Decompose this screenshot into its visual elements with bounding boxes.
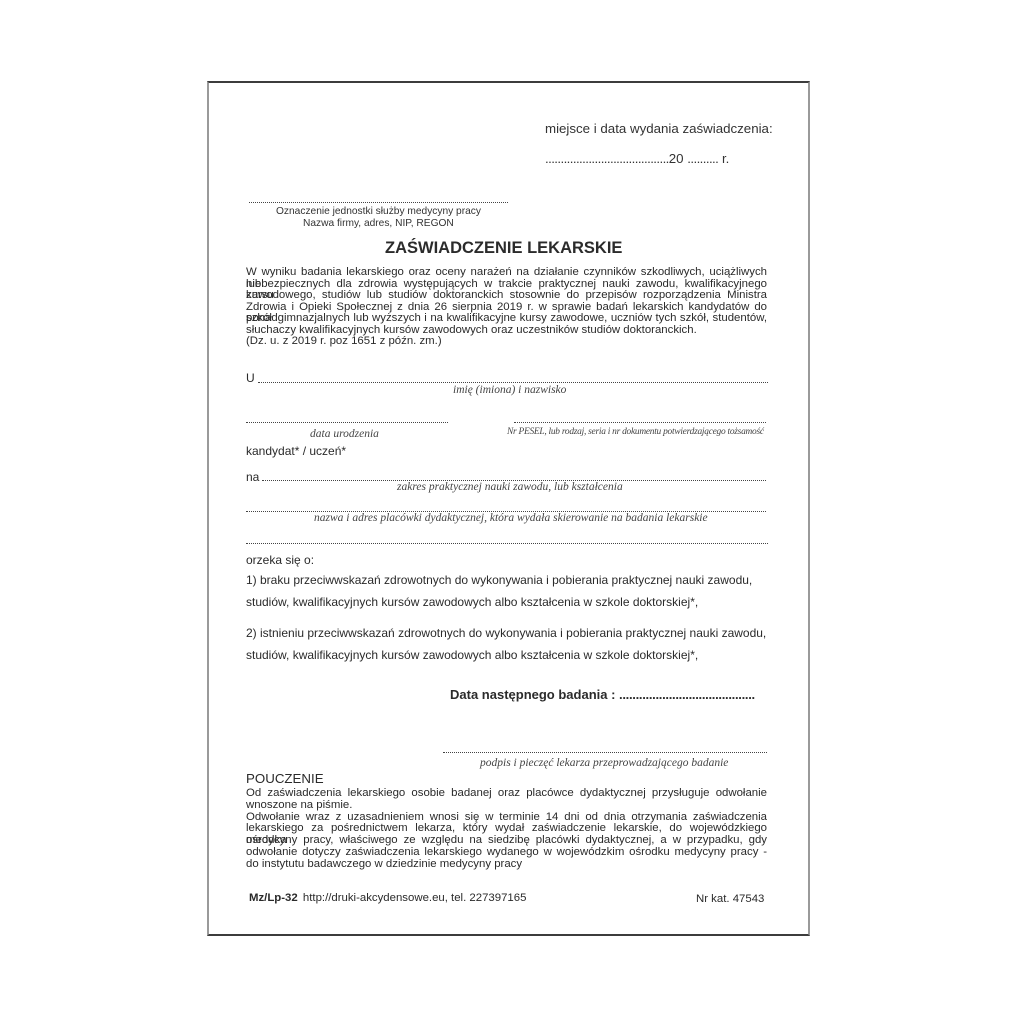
pesel-caption: Nr PESEL, lub rodzaj, seria i nr dokumen… bbox=[507, 427, 764, 437]
publisher-contact: http://druki-akcydensowe.eu, tel. 227397… bbox=[303, 892, 527, 904]
signature-caption: podpis i pieczęć lekarza przeprowadzając… bbox=[480, 757, 728, 769]
ruling-label: orzeka się o: bbox=[246, 553, 314, 567]
footer-left: Mz/Lp-32 http://druki-akcydensowe.eu, te… bbox=[249, 892, 526, 904]
signature-field[interactable] bbox=[443, 752, 767, 753]
ruling-option-1-line2: studiów, kwalifikacyjnych kursów zawodow… bbox=[246, 595, 752, 609]
institution-caption: nazwa i adres placówki dydaktycznej, któ… bbox=[314, 512, 708, 524]
ruling-option-2-line1: 2) istnieniu przeciwwskazań zdrowotnych … bbox=[246, 626, 766, 640]
ruling-option-1[interactable]: 1) braku przeciwwskazań zdrowotnych do w… bbox=[246, 573, 752, 609]
ruling-option-2-line2: studiów, kwalifikacyjnych kursów zawodow… bbox=[246, 648, 766, 662]
scope-prefix: na bbox=[246, 470, 259, 484]
notice-heading: POUCZENIE bbox=[246, 771, 324, 786]
intro-paragraph: W wyniku badania lekarskiego oraz oceny … bbox=[246, 267, 767, 348]
paragraph-line: ponadgimnazjalnych lub wyższych i na kwa… bbox=[246, 313, 767, 325]
candidate-label[interactable]: kandydat* / uczeń* bbox=[246, 444, 346, 458]
next-exam-dots: ........................................… bbox=[619, 687, 755, 702]
next-exam-label: Data następnego badania : bbox=[450, 687, 615, 702]
name-caption: imię (imiona) i nazwisko bbox=[453, 384, 566, 396]
paragraph-line: W wyniku badania lekarskiego oraz oceny … bbox=[246, 267, 767, 279]
birth-date-caption: data urodzenia bbox=[310, 428, 379, 440]
unit-caption-line1: Oznaczenie jednostki służby medycyny pra… bbox=[276, 206, 481, 217]
paragraph-line: do instytutu badawczego w dziedzinie med… bbox=[246, 859, 767, 871]
place-date-year-prefix: 20 bbox=[669, 151, 684, 166]
name-prefix: U bbox=[246, 371, 255, 385]
catalog-number: Nr kat. 47543 bbox=[696, 893, 764, 905]
pesel-field[interactable] bbox=[514, 422, 766, 423]
next-exam[interactable]: Data następnego badania : ..............… bbox=[450, 687, 755, 702]
place-date-dots: ........................................ bbox=[545, 151, 669, 166]
name-field[interactable] bbox=[258, 382, 768, 383]
ruling-option-2[interactable]: 2) istnieniu przeciwwskazań zdrowotnych … bbox=[246, 626, 766, 662]
document-title: ZAŚWIADCZENIE LEKARSKIE bbox=[385, 239, 622, 258]
paragraph-line: zawodowego, studiów lub studiów doktoran… bbox=[246, 290, 767, 302]
scope-caption: zakres praktycznej nauki zawodu, lub ksz… bbox=[397, 481, 623, 493]
place-date-label: miejsce i data wydania zaświadczenia: bbox=[545, 121, 773, 136]
paragraph-line: wnoszone na piśmie. bbox=[246, 800, 767, 812]
birth-date-field[interactable] bbox=[246, 422, 448, 423]
paragraph-line: (Dz. u. z 2019 r. poz 1651 z późn. zm.) bbox=[246, 336, 767, 348]
form-code: Mz/Lp-32 bbox=[249, 892, 298, 904]
place-date-suffix: r. bbox=[722, 151, 729, 166]
unit-stamp-line[interactable] bbox=[249, 202, 508, 203]
extra-field[interactable] bbox=[246, 543, 768, 544]
notice-paragraph: Od zaświadczenia lekarskiego osobie bada… bbox=[246, 788, 767, 871]
ruling-option-1-line1: 1) braku przeciwwskazań zdrowotnych do w… bbox=[246, 573, 752, 587]
paragraph-line: odwołanie dotyczy zaświadczenia lekarski… bbox=[246, 847, 767, 859]
unit-caption-line2: Nazwa firmy, adres, NIP, REGON bbox=[303, 218, 454, 229]
place-date-year-dots: .......... bbox=[687, 151, 718, 166]
place-date-field[interactable]: ........................................… bbox=[545, 151, 729, 166]
